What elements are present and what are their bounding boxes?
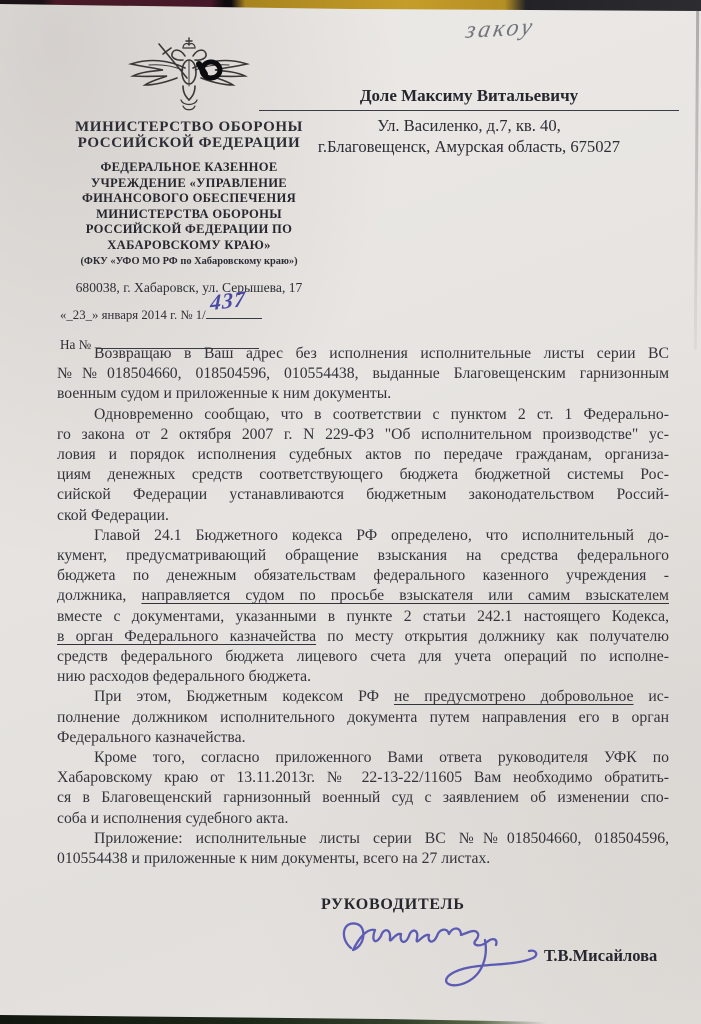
paper-edge-shadow bbox=[694, 10, 699, 350]
letterhead: МИНИСТЕРСТВО ОБОРОНЫ РОССИЙСКОЙ ФЕДЕРАЦИ… bbox=[46, 34, 332, 353]
body-line: Одновременно сообщаю, что в соответствии… bbox=[57, 405, 669, 425]
addressee-city: г.Благовещенск, Амурская область, 675027 bbox=[259, 137, 679, 157]
signature-autograph bbox=[335, 908, 570, 1003]
body-line: Приложение: исполнительные листы серии В… bbox=[57, 829, 669, 849]
body-line: кумент, предусматривающий обращение взыс… bbox=[57, 546, 669, 566]
body-line: ской Федерации. bbox=[57, 506, 669, 526]
body-line: в орган Федерального казначейства по мес… bbox=[57, 627, 669, 647]
body-line: соба и исполнения судебного акта. bbox=[57, 809, 669, 829]
body-line: При этом, Бюджетным кодексом РФ не преду… bbox=[57, 687, 669, 707]
sender-postal-address: 680038, г. Хабаровск, ул. Серышева, 17 bbox=[46, 280, 332, 296]
date-number-line: «_23_» января 2014 г. № 1/437 bbox=[46, 305, 332, 323]
body-line: Федерального казначейства. bbox=[57, 728, 669, 748]
body-line: вместе с документами, указанными в пункт… bbox=[57, 607, 669, 627]
body-line: нию расходов федерального бюджета. bbox=[57, 667, 669, 687]
letter-page: закоу bbox=[0, 0, 701, 1024]
addressee-underline bbox=[259, 110, 679, 111]
signer-name: Т.В.Мисайлова bbox=[544, 946, 657, 966]
body-line: №№018504660, 018504596, 010554438, выдан… bbox=[57, 364, 669, 384]
date-prefix: «_23_» января 2014 г. № 1/ bbox=[60, 308, 206, 322]
body-line: Главой 24.1 Бюджетного кодекса РФ опреде… bbox=[57, 526, 669, 546]
addressee-name: Доле Максиму Витальевичу bbox=[259, 86, 679, 106]
body-line: Возвращаю в Ваш адрес без исполнения исп… bbox=[57, 344, 669, 364]
body-line: должника, направляется судом по просьбе … bbox=[57, 586, 669, 606]
letter-body: Возвращаю в Ваш адрес без исполнения исп… bbox=[57, 344, 669, 869]
addressee-block: Доле Максиму Витальевичу Ул. Василенко, … bbox=[259, 86, 679, 157]
body-line: ся в Благовещенский гарнизонный военный … bbox=[57, 788, 669, 808]
body-line: средств федерального бюджета лицевого сч… bbox=[57, 647, 669, 667]
institution-short-name: (ФКУ «УФО МО РФ по Хабаровскому краю») bbox=[46, 256, 332, 267]
body-line: Кроме того, согласно приложенного Вами о… bbox=[57, 748, 669, 768]
outgoing-number-blank: 437 bbox=[206, 305, 262, 319]
body-line: военным судом и приложенные к ним докуме… bbox=[57, 384, 669, 404]
body-line: Хабаровскому краю от 13.11.2013г. № 22-1… bbox=[57, 768, 669, 788]
handwritten-note: закоу bbox=[463, 14, 537, 45]
body-line: 010554438 и приложенные к ним документы,… bbox=[57, 849, 669, 869]
handwritten-outgoing-number: 437 bbox=[210, 285, 246, 316]
body-line: сийской Федерации устанавливаются бюджет… bbox=[57, 485, 669, 505]
photo-top-edge bbox=[0, 0, 701, 26]
photo-bottom-edge bbox=[0, 1012, 701, 1024]
ministry-eagle-emblem-icon bbox=[125, 34, 253, 116]
body-line: го закона от 2 октября 2007 г. N 229-ФЗ … bbox=[57, 425, 669, 445]
body-line: бюджета по денежным обязательствам федер… bbox=[57, 566, 669, 586]
body-line: циям денежных средств соответствующего б… bbox=[57, 465, 669, 485]
body-line: полнение должником исполнительного докум… bbox=[57, 708, 669, 728]
body-line: ловия и порядок исполнения судебных акто… bbox=[57, 445, 669, 465]
institution-name: ФЕДЕРАЛЬНОЕ КАЗЕННОЕ УЧРЕЖДЕНИЕ «УПРАВЛЕ… bbox=[46, 160, 332, 254]
addressee-street: Ул. Василенко, д.7, кв. 40, bbox=[259, 116, 679, 136]
